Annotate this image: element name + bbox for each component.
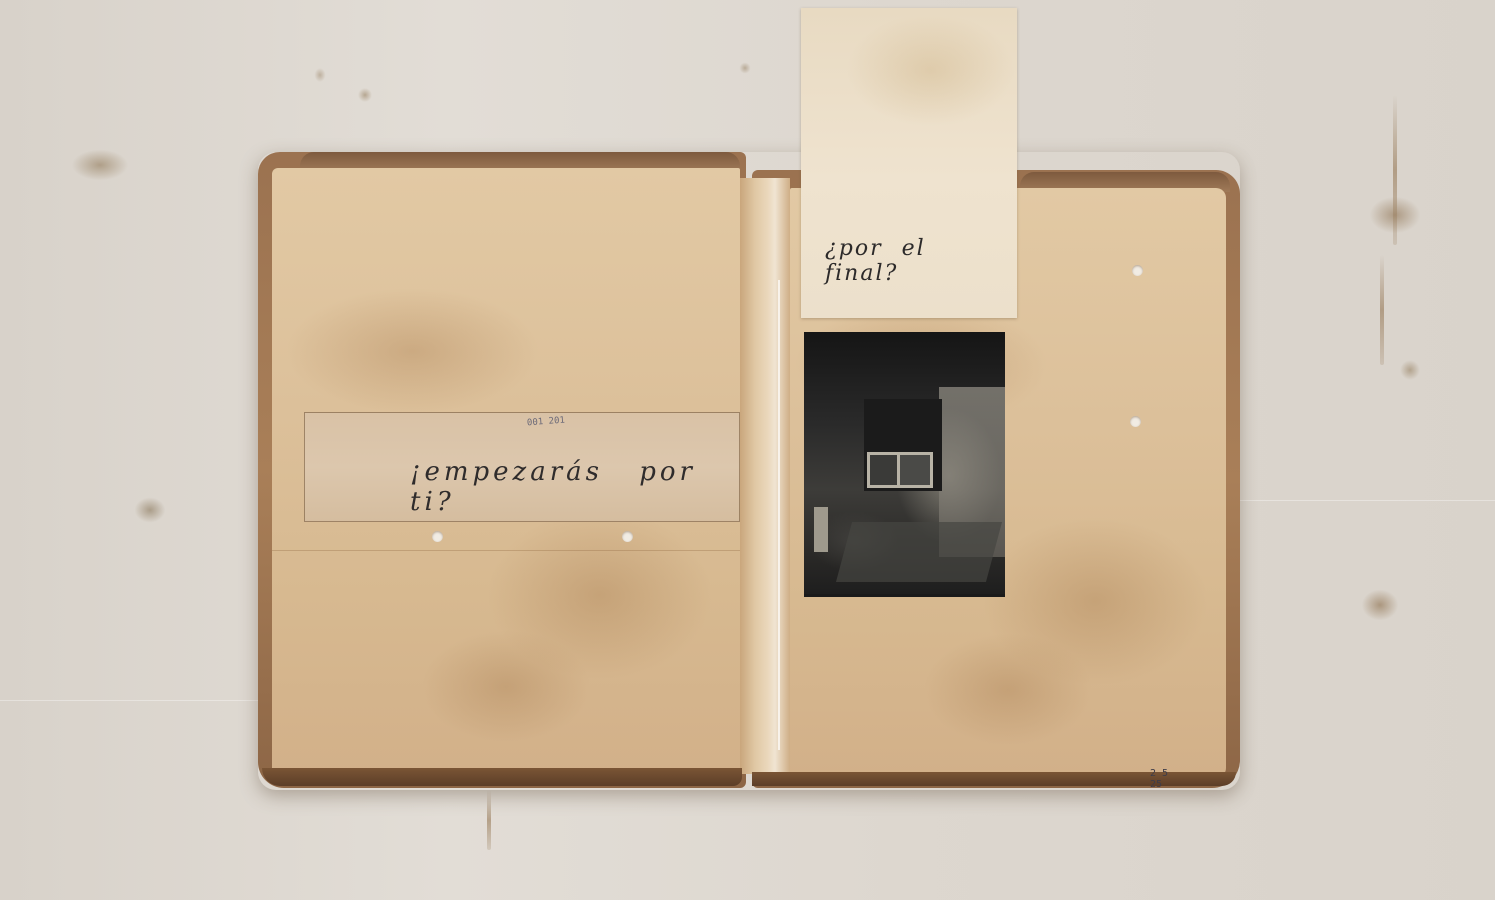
punch-hole — [432, 531, 443, 542]
left-page-bottom-edge — [262, 768, 742, 786]
left-page-pocket — [272, 550, 740, 776]
punch-hole — [1132, 265, 1143, 276]
book-gutter — [740, 178, 790, 774]
vintage-photo — [804, 332, 1005, 597]
left-handwritten-note: 001 201 ¡empezarás por ti? — [304, 412, 740, 522]
card-text: ¿por el final? — [825, 236, 1017, 286]
note-stamp: 001 201 — [527, 416, 566, 429]
wall-streak — [0, 700, 260, 701]
photo-window-frame — [867, 452, 933, 488]
gutter-highlight — [778, 280, 780, 750]
page-number-line1: 2 5 — [1150, 768, 1168, 779]
punch-hole — [622, 531, 633, 542]
photo-post — [814, 507, 828, 552]
photo-floor — [836, 522, 1002, 582]
wall-drip — [1393, 95, 1397, 245]
page-number: 2 5 25 — [1150, 768, 1168, 790]
handwritten-card: ¿por el final? — [801, 8, 1017, 318]
wall-drip — [1380, 255, 1384, 365]
wall-drip — [487, 790, 491, 850]
wall-streak — [1240, 500, 1495, 501]
punch-hole — [1130, 416, 1141, 427]
page-number-line2: 25 — [1150, 779, 1168, 790]
note-text: ¡empezarás por ti? — [410, 457, 739, 517]
